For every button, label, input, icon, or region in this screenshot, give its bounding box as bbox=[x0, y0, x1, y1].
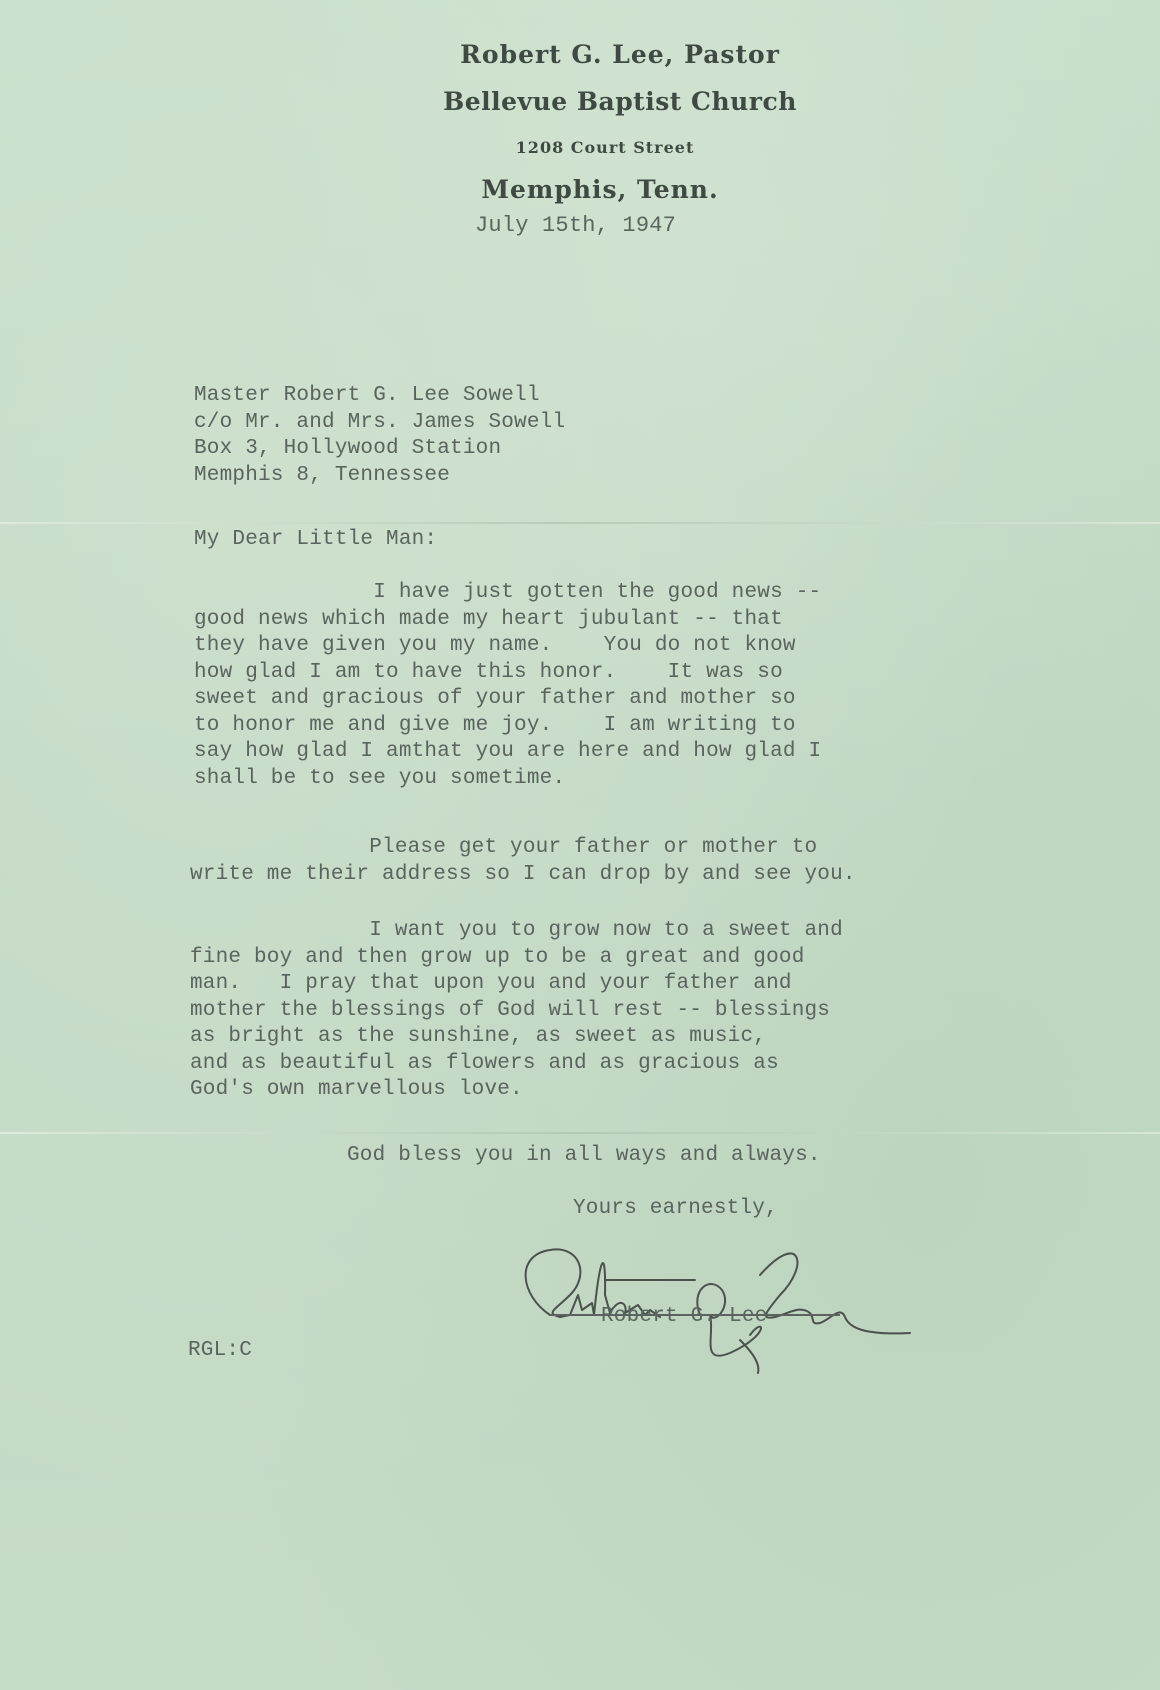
body-paragraph-3: I want you to grow now to a sweet and fi… bbox=[190, 918, 843, 1104]
letterhead-city: Memphis, Tenn. bbox=[20, 175, 1160, 204]
typed-signature-name: Robert G. Lee bbox=[601, 1304, 767, 1331]
letterhead-street: 1208 Court Street bbox=[25, 138, 1160, 157]
recipient-address: Master Robert G. Lee Sowell c/o Mr. and … bbox=[194, 383, 565, 489]
address-line: Memphis 8, Tennessee bbox=[194, 463, 565, 490]
letterhead-church: Bellevue Baptist Church bbox=[40, 87, 1160, 116]
closing-valediction: Yours earnestly, bbox=[573, 1196, 778, 1223]
reference-initials: RGL:C bbox=[188, 1338, 252, 1365]
body-paragraph-2: Please get your father or mother to writ… bbox=[190, 835, 856, 888]
salutation: My Dear Little Man: bbox=[194, 527, 437, 554]
fold-line-upper bbox=[0, 522, 1160, 524]
address-line: Box 3, Hollywood Station bbox=[194, 436, 565, 463]
address-line: Master Robert G. Lee Sowell bbox=[194, 383, 565, 410]
body-paragraph-1: I have just gotten the good news -- good… bbox=[194, 580, 821, 792]
letter-date: July 15th, 1947 bbox=[475, 213, 676, 240]
fold-line-lower bbox=[0, 1132, 1160, 1134]
address-line: c/o Mr. and Mrs. James Sowell bbox=[194, 410, 565, 437]
letterhead-pastor: Robert G. Lee, Pastor bbox=[40, 40, 1160, 69]
closing-blessing: God bless you in all ways and always. bbox=[347, 1143, 821, 1170]
